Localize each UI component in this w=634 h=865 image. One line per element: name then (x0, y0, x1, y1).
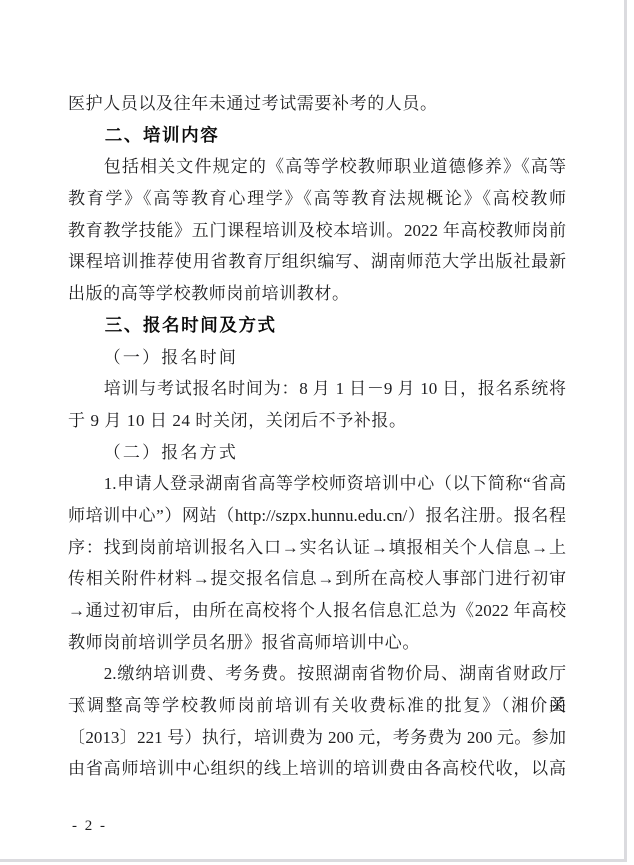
document-line: 师培训中心”）网站（http://szpx.hunnu.edu.cn/）报名注册… (68, 500, 566, 532)
document-line: 于调整高等学校教师岗前培训有关收费标准的批复》（湘价函 (68, 690, 566, 722)
document-line: 教师岗前培训学员名册》报省高师培训中心。 (68, 627, 566, 659)
document-line: 于 9 月 10 日 24 时关闭，关闭后不予补报。 (68, 405, 566, 437)
document-line: 传相关附件材料→提交报名信息→到所在高校人事部门进行初审 (68, 563, 566, 595)
document-lines: 医护人员以及往年未通过考试需要补考的人员。二、培训内容包括相关文件规定的《高等学… (68, 88, 566, 785)
document-line: 二、培训内容 (68, 120, 566, 152)
document-line: 课程培训推荐使用省教育厅组织编写、湖南师范大学出版社最新 (68, 246, 566, 278)
document-line: 由省高师培训中心组织的线上培训的培训费由各高校代收，以高 (68, 753, 566, 785)
page-edge-bottom (0, 859, 627, 862)
page-edge-right (624, 0, 627, 861)
document-line: （二）报名方式 (68, 437, 566, 469)
document-line: →通过初审后，由所在高校将个人报名信息汇总为《2022 年高校 (68, 595, 566, 627)
document-line: （一）报名时间 (68, 342, 566, 374)
document-line: 包括相关文件规定的《高等学校教师职业道德修养》《高等 (68, 151, 566, 183)
document-line: 1.申请人登录湖南省高等学校师资培训中心（以下简称“省高 (68, 468, 566, 500)
document-page: 医护人员以及往年未通过考试需要补考的人员。二、培训内容包括相关文件规定的《高等学… (0, 0, 634, 865)
document-line: 三、报名时间及方式 (68, 310, 566, 342)
document-line: 出版的高等学校教师岗前培训教材。 (68, 278, 566, 310)
document-content: 医护人员以及往年未通过考试需要补考的人员。二、培训内容包括相关文件规定的《高等学… (68, 88, 566, 785)
document-line: 2.缴纳培训费、考务费。按照湖南省物价局、湖南省财政厅《关 (68, 658, 566, 690)
document-line: 〔2013〕221 号）执行，培训费为 200 元，考务费为 200 元。参加 (68, 722, 566, 754)
document-line: 教育教学技能》五门课程培训及校本培训。2022 年高校教师岗前 (68, 215, 566, 247)
document-line: 教育学》《高等教育心理学》《高等教育法规概论》《高校教师 (68, 183, 566, 215)
page-number: - 2 - (72, 818, 107, 835)
document-line: 医护人员以及往年未通过考试需要补考的人员。 (68, 88, 566, 120)
document-line: 序：找到岗前培训报名入口→实名认证→填报相关个人信息→上 (68, 532, 566, 564)
document-line: 培训与考试报名时间为：8 月 1 日－9 月 10 日，报名系统将 (68, 373, 566, 405)
